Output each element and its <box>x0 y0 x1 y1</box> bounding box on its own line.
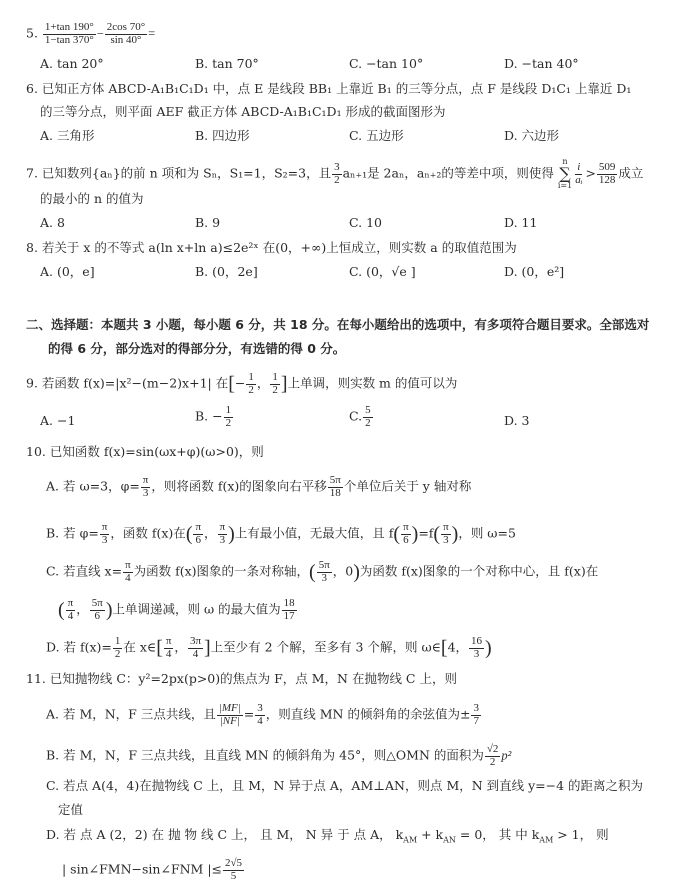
statement-c-line1: C. 若点 A(4，4)在抛物线 C 上，且 M，N 异于点 A，AM⊥AN，则… <box>46 777 643 795</box>
fraction: π6 <box>401 522 411 546</box>
statement-d-line1: D. 若 点 A (2，2) 在 抛 物 线 C 上， 且 M， N 异 于 点… <box>46 826 609 850</box>
fraction: 52 <box>363 405 373 429</box>
fraction: π4 <box>164 636 174 660</box>
fraction: 34 <box>255 703 265 727</box>
fraction: 1817 <box>282 598 297 622</box>
option-a: A. (0，e] <box>40 263 95 281</box>
fraction: π3 <box>141 475 151 499</box>
fraction: 12 <box>246 372 256 396</box>
option-d: D. (0，e²] <box>504 263 564 281</box>
summation: n∑i=1 <box>558 158 572 190</box>
question-7-line2: 的最小的 n 的值为 <box>40 190 144 208</box>
fraction: 1+tan 190°1−tan 370° <box>43 22 96 46</box>
fraction: 12 <box>113 636 123 660</box>
question-number: 5. <box>26 26 38 41</box>
fraction: 5π6 <box>90 598 105 622</box>
option-c: C.52 <box>349 405 374 429</box>
statement-a: A. 若 M，N，F 三点共线，且|MF||NF|=34，则直线 MN 的倾斜角… <box>46 703 482 727</box>
statement-d: D. 若 f(x)=12在 x∈[π4，3π4]上至少有 2 个解，至多有 3 … <box>46 636 492 660</box>
option-a: A. tan 20° <box>40 55 104 73</box>
question-8-line1: 8. 若关于 x 的不等式 a(ln x+ln a)≤2e²ˣ 在(0，+∞)上… <box>26 239 517 257</box>
fraction: 2cos 70°sin 40° <box>105 22 147 46</box>
fraction: 32 <box>332 162 342 186</box>
option-b: B. (0，2e] <box>195 263 258 281</box>
section-2-heading-cont: 的得 6 分，部分选对的得部分分，有选错的得 0 分。 <box>48 340 345 358</box>
option-c: C. −tan 10° <box>349 55 423 73</box>
option-a: A. 8 <box>40 214 65 232</box>
statement-b: B. 若 φ=π3，函数 f(x)在(π6，π3)上有最小值，无最大值，且 f(… <box>46 522 516 546</box>
question-6-line1: 6. 已知正方体 ABCD-A₁B₁C₁D₁ 中，点 E 是线段 BB₁ 上靠近… <box>26 80 631 98</box>
fraction: 5π3 <box>317 560 332 584</box>
question-9-stem: 9. 若函数 f(x)=|x²−(m−2)x+1| 在[−12，12]上单调，则… <box>26 372 457 396</box>
option-d: D. 11 <box>504 214 537 232</box>
fraction: 37 <box>471 703 481 727</box>
question-6-line2: 的三等分点，则平面 AEF 截正方体 ABCD-A₁B₁C₁D₁ 形成的截面图形… <box>40 103 446 121</box>
fraction: π3 <box>218 522 228 546</box>
option-d: D. 六边形 <box>504 127 559 145</box>
question-11-stem: 11. 已知抛物线 C：y²=2px(p>0)的焦点为 F，点 M，N 在抛物线… <box>26 670 457 688</box>
fraction: √22 <box>485 744 501 768</box>
option-b: B. −12 <box>195 405 234 429</box>
option-c: C. 五边形 <box>349 127 404 145</box>
option-b: B. tan 70° <box>195 55 259 73</box>
option-d: D. 3 <box>504 412 529 430</box>
fraction: iaᵢ <box>573 162 584 186</box>
fraction: 2√55 <box>223 858 244 882</box>
fraction: π4 <box>123 560 133 584</box>
fraction: 12 <box>224 405 234 429</box>
fraction: 12 <box>270 372 280 396</box>
option-b: B. 9 <box>195 214 220 232</box>
fraction: π6 <box>193 522 203 546</box>
statement-c-line2: 定值 <box>58 801 83 819</box>
option-a: A. 三角形 <box>40 127 94 145</box>
fraction: 5π18 <box>328 475 343 499</box>
fraction: π3 <box>441 522 451 546</box>
fraction: 3π4 <box>188 636 203 660</box>
fraction: |MF||NF| <box>217 703 243 727</box>
fraction: 163 <box>469 636 484 660</box>
statement-c-line2: (π4，5π6)上单调递减，则 ω 的最大值为1817 <box>58 598 298 622</box>
question-7-line1: 7. 已知数列{aₙ}的前 n 项和为 Sₙ，S₁=1，S₂=3，且32aₙ₊₁… <box>26 158 643 190</box>
statement-d-line2: | sin∠FMN−sin∠FNM |≤2√55 <box>62 858 245 882</box>
option-c: C. (0，√e ] <box>349 263 416 281</box>
option-c: C. 10 <box>349 214 382 232</box>
fraction: π4 <box>66 598 76 622</box>
statement-b: B. 若 M，N，F 三点共线，且直线 MN 的倾斜角为 45°，则△OMN 的… <box>46 744 511 768</box>
fraction: π3 <box>100 522 110 546</box>
section-2-heading: 二、选择题：本题共 3 小题，每小题 6 分，共 18 分。在每小题给出的选项中… <box>26 316 649 334</box>
option-b: B. 四边形 <box>195 127 250 145</box>
statement-a: A. 若 ω=3，φ=π3，则将函数 f(x)的图象向右平移5π18个单位后关于… <box>46 475 471 499</box>
fraction: 509128 <box>597 162 618 186</box>
question-10-stem: 10. 已知函数 f(x)=sin(ωx+φ)(ω>0)，则 <box>26 443 264 461</box>
statement-c-line1: C. 若直线 x=π4为函数 f(x)图象的一条对称轴，(5π3，0)为函数 f… <box>46 560 598 584</box>
option-d: D. −tan 40° <box>504 55 579 73</box>
option-a: A. −1 <box>40 412 75 430</box>
question-5-stem: 5. 1+tan 190°1−tan 370°−2cos 70°sin 40°= <box>26 22 155 46</box>
